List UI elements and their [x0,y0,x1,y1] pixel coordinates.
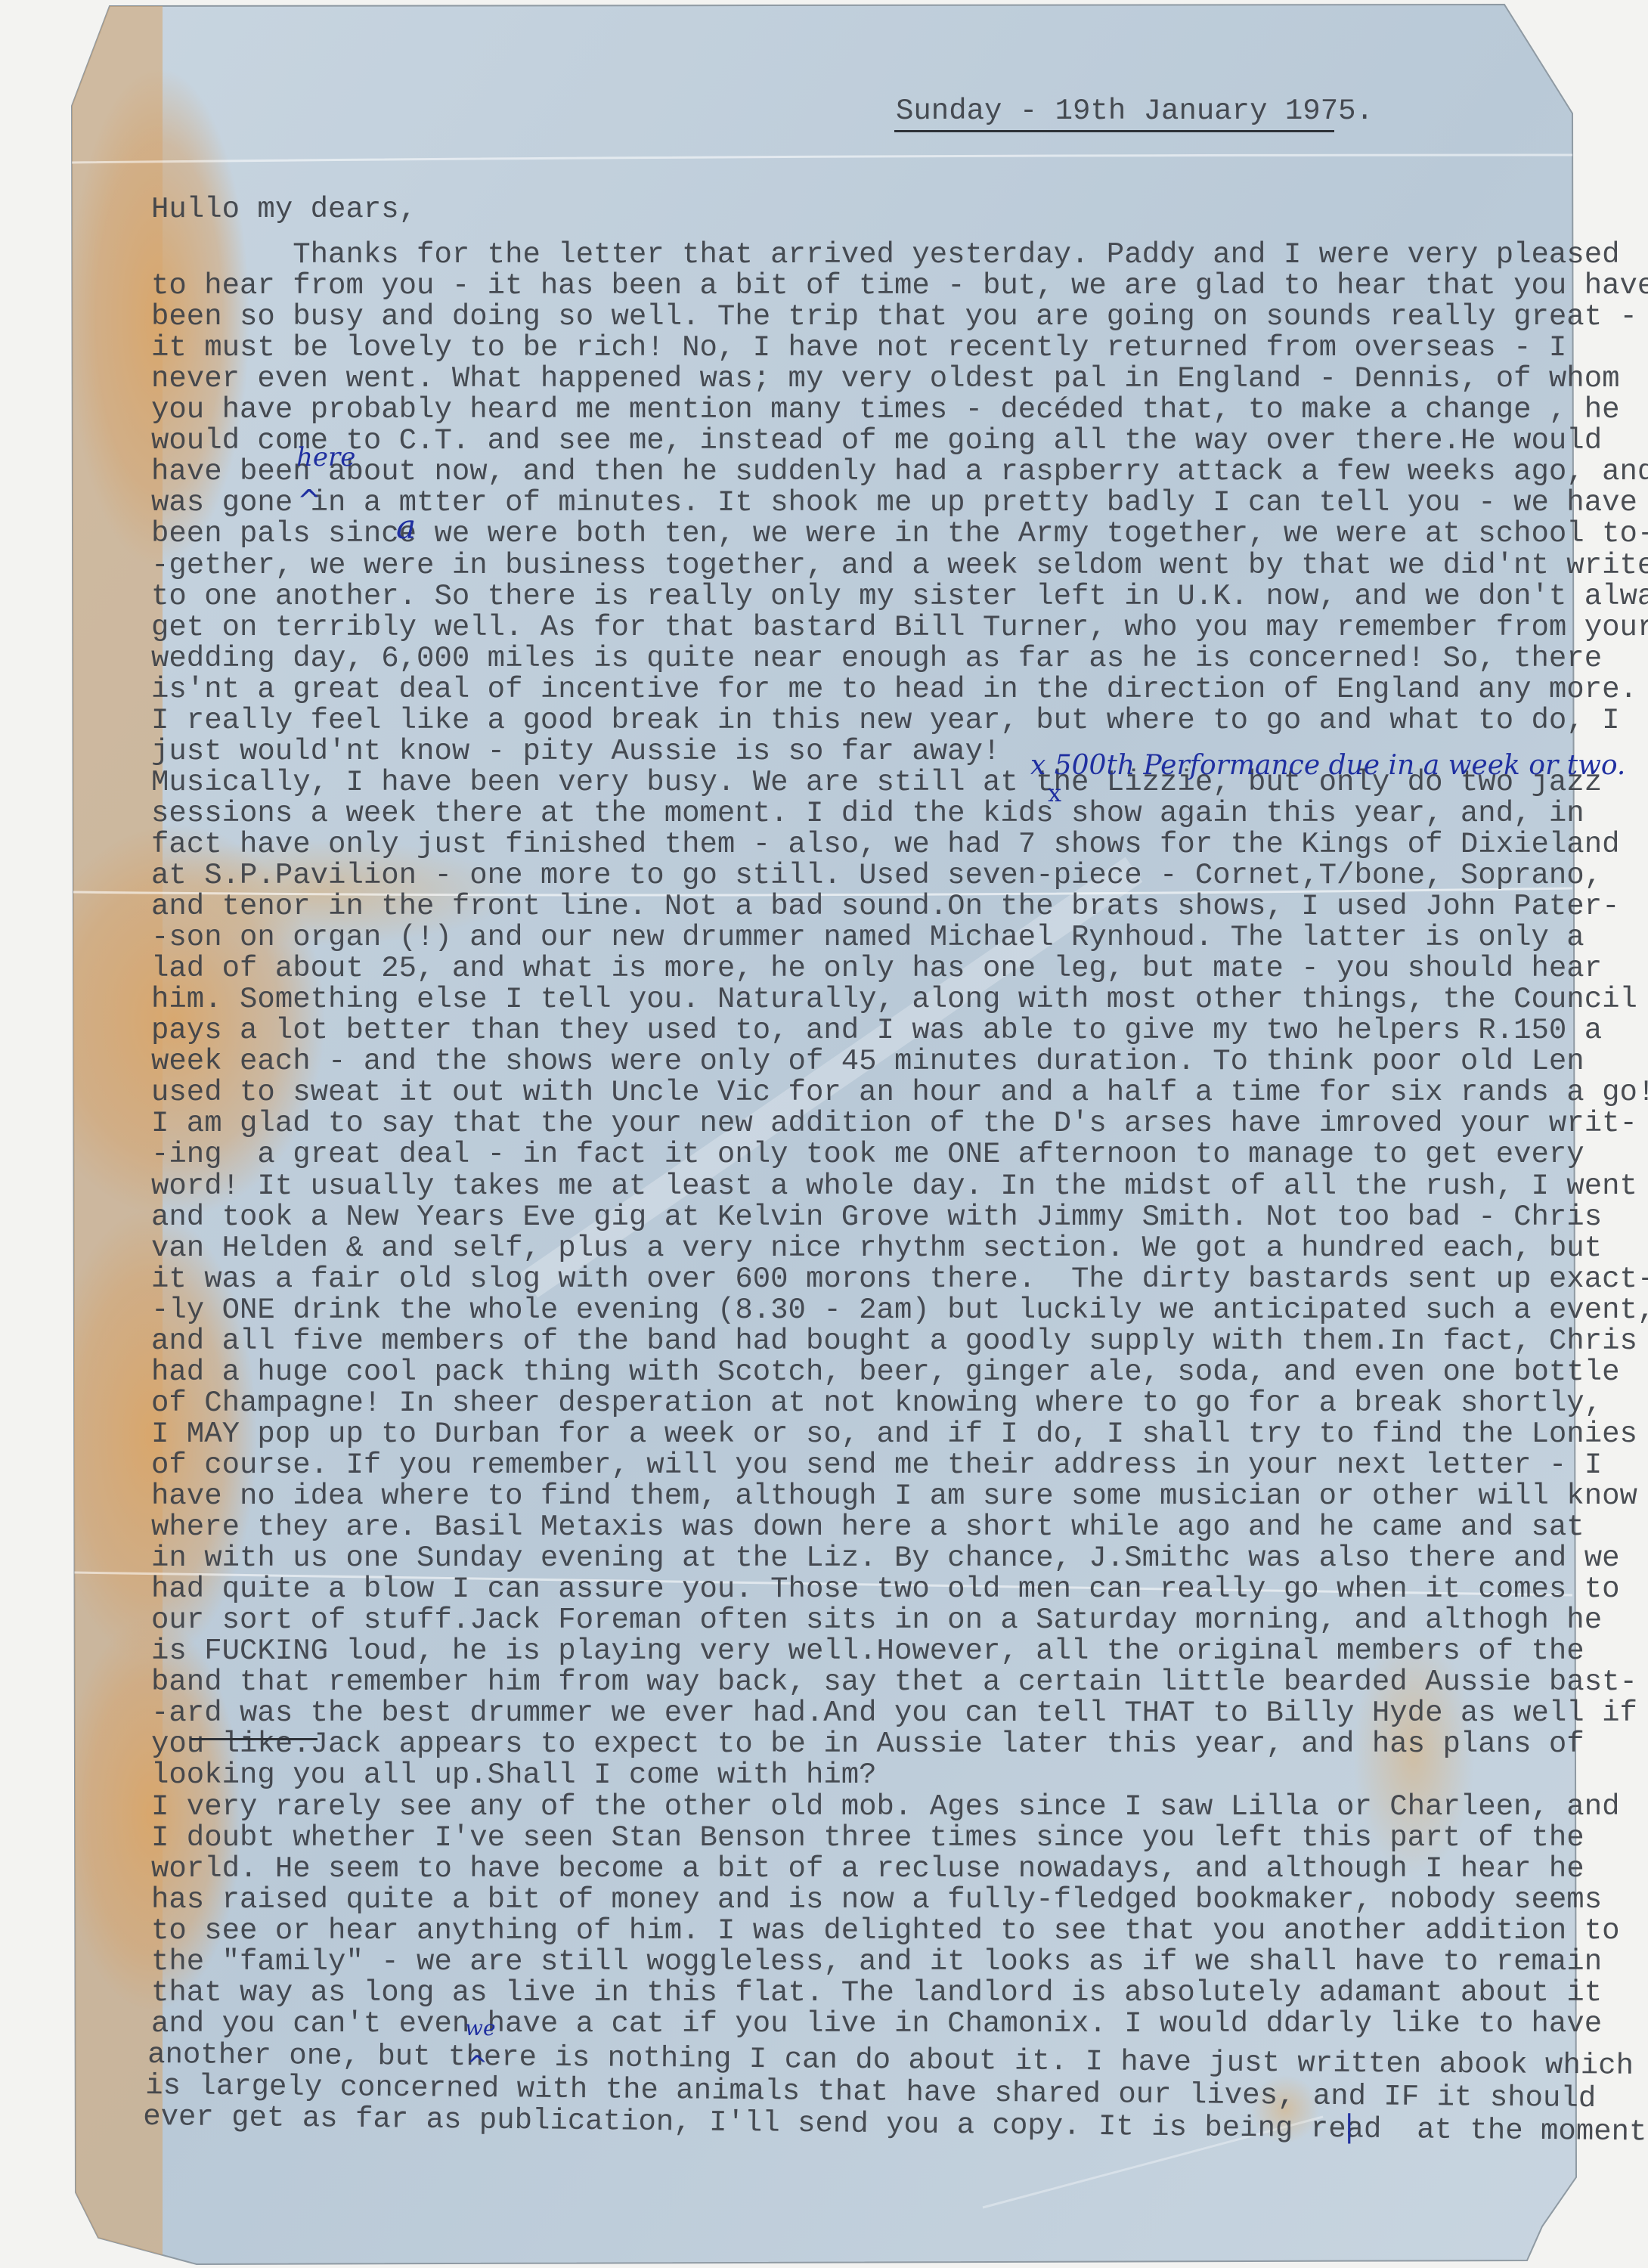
handwritten-insert-we: we [465,2015,496,2040]
letter-line: week each - and the shows were only of 4… [151,1047,1584,1077]
letter-line: -son on organ (!) and our new drummer na… [151,923,1584,953]
letter-line: fact have only just finished them - also… [151,830,1620,860]
letter-line: our sort of stuff.Jack Foreman often sit… [151,1606,1602,1635]
letter-line: it must be lovely to be rich! No, I have… [151,333,1566,363]
letter: Sunday - 19th January 1975. Hullo my dea… [0,0,1648,2268]
letter-line: that way as long as live in this flat. T… [151,1978,1602,2008]
letter-date: Sunday - 19th January 1975. [896,97,1374,126]
letter-line: never even went. What happened was; my v… [151,364,1620,394]
letter-line: have been about now, and then he suddenl… [151,457,1648,487]
letter-line: to one another. So there is really only … [151,582,1648,612]
letter-line: band that remember him from way back, sa… [151,1668,1637,1697]
letter-line: had quite a blow I can assure you. Those… [151,1575,1620,1604]
letter-line: and took a New Years Eve gig at Kelvin G… [151,1203,1602,1232]
letter-line: was gone in a mtter of minutes. It shook… [151,488,1637,518]
letter-line: used to sweat it out with Uncle Vic for … [151,1078,1648,1108]
letter-line: world. He seem to have become a bit of a… [151,1854,1584,1884]
underline-emphasis [191,1738,318,1740]
insertion-caret-icon: ^ [297,484,321,517]
date-underline [894,130,1334,132]
letter-line: him. Something else I tell you. Naturall… [151,985,1637,1015]
letter-line: and tenor in the front line. Not a bad s… [151,892,1620,922]
letter-line: Thanks for the letter that arrived yeste… [151,240,1620,270]
letter-line: and all five members of the band had bou… [151,1327,1637,1356]
letter-line: you like.Jack appears to expect to be in… [151,1730,1584,1759]
letter-line: -gether, we were in business together, a… [151,551,1648,581]
letter-line: is'nt a great deal of incentive for me t… [151,675,1637,705]
letter-line: is FUCKING loud, he is playing very well… [151,1637,1584,1666]
handwritten-separator-mark: | [1344,2109,1354,2144]
letter-line: -ing a great deal - in fact it only took… [151,1140,1584,1170]
letter-line: to see or hear anything of him. I was de… [151,1916,1620,1946]
letter-line: get on terribly well. As for that bastar… [151,613,1648,643]
letter-line: sessions a week there at the moment. I d… [151,799,1584,829]
salutation: Hullo my dears, [151,195,417,225]
letter-line: just would'nt know - pity Aussie is so f… [151,737,1000,767]
handwritten-x-mark: x [1048,779,1061,807]
handwritten-margin-note: x 500th Performance due in a week or two… [1030,750,1625,781]
letter-line: wedding day, 6,000 miles is quite near e… [151,644,1602,674]
letter-line: have no idea where to find them, althoug… [151,1482,1637,1511]
letter-line: word! It usually takes me at least a who… [151,1172,1637,1201]
letter-line: had a huge cool pack thing with Scotch, … [151,1358,1620,1387]
letter-line: been so busy and doing so well. The trip… [151,302,1637,332]
letter-line: the "family" - we are still woggleless, … [151,1947,1602,1977]
letter-line: has raised quite a bit of money and is n… [151,1885,1602,1915]
letter-line: to hear from you - it has been a bit of … [151,271,1648,301]
letter-line: pays a lot better than they used to, and… [151,1016,1602,1046]
handwritten-correction-a: a [396,508,416,547]
letter-line: I really feel like a good break in this … [151,706,1620,736]
letter-line: it was a fair old slog with over 600 mor… [151,1265,1648,1294]
letter-line: in with us one Sunday evening at the Liz… [151,1544,1620,1573]
letter-line: lad of about 25, and what is more, he on… [151,954,1602,984]
letter-line: I MAY pop up to Durban for a week or so,… [151,1420,1637,1449]
letter-line: of Champagne! In sheer desperation at no… [151,1389,1602,1418]
letter-line: I am glad to say that the your new addit… [151,1109,1637,1139]
letter-line: -ard was the best drummer we ever had.An… [151,1699,1637,1728]
letter-line: been pals since we were both ten, we wer… [151,519,1648,549]
letter-line: at S.P.Pavilion - one more to go still. … [151,861,1602,891]
letter-line: where they are. Basil Metaxis was down h… [151,1513,1584,1542]
letter-line: of course. If you remember, will you sen… [151,1451,1602,1480]
letter-line: I doubt whether I've seen Stan Benson th… [151,1823,1584,1853]
letter-line: would come to C.T. and see me, instead o… [151,426,1602,456]
letter-line: and you can't even have a cat if you liv… [151,2009,1602,2039]
letter-line: I very rarely see any of the other old m… [151,1792,1620,1822]
handwritten-insert-here: here [296,442,355,472]
letter-line: -ly ONE drink the whole evening (8.30 - … [151,1296,1648,1325]
letter-line: looking you all up.Shall I come with him… [151,1761,877,1790]
insertion-caret-icon: ^ [466,2050,488,2081]
letter-line: you have probably heard me mention many … [151,395,1620,425]
letter-line: van Helden & and self, plus a very nice … [151,1234,1602,1263]
